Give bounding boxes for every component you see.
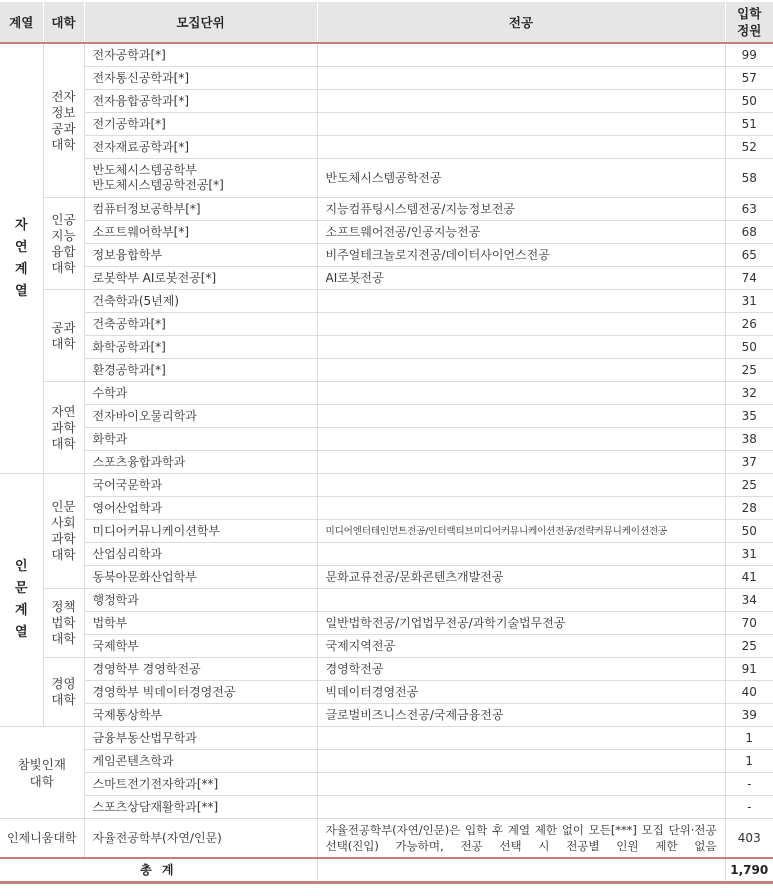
quota: 35 [725, 405, 773, 428]
label-line: 자연 [51, 404, 75, 419]
quota: 50 [725, 90, 773, 113]
major [317, 290, 725, 313]
table-row: 전자재료공학과[*]52 [0, 136, 773, 159]
quota: 57 [725, 67, 773, 90]
table-row: 정책법학대학행정학과34 [0, 589, 773, 612]
quota: 31 [725, 290, 773, 313]
major [317, 474, 725, 497]
major [317, 451, 725, 474]
recruit-unit: 국어국문학과 [84, 474, 317, 497]
gyeyeol-humanities: 인문계열 [0, 474, 43, 727]
major [317, 67, 725, 90]
table-row: 공과대학건축학과(5년제)31 [0, 290, 773, 313]
recruit-unit: 금융부동산법무학과 [84, 727, 317, 750]
label-line: 사회 [51, 515, 75, 530]
table-row: 전기공학과[*]51 [0, 113, 773, 136]
admission-quota-table: 계열 대학 모집단위 전공 입학정원 자연계열전자정보공과대학전자공학과[*]9… [0, 2, 773, 884]
label-line: 법학 [51, 615, 75, 630]
major [317, 750, 725, 773]
label-line: 공과 [51, 121, 75, 136]
major: 일반법학전공/기업법무전공/과학기술법무전공 [317, 612, 725, 635]
recruit-unit: 로봇학부 AI로봇전공[*] [84, 267, 317, 290]
label-line: 대학 [51, 436, 75, 451]
label-line: 과학 [51, 420, 75, 435]
college-c1: 전자정보공과대학 [43, 43, 84, 198]
college-ingenium: 인제니움대학 [0, 819, 84, 859]
recruit-unit: 화학과 [84, 428, 317, 451]
major: 글로벌비즈니스전공/국제금융전공 [317, 704, 725, 727]
major: AI로봇전공 [317, 267, 725, 290]
total-label: 총 계 [0, 858, 317, 883]
quota: 74 [725, 267, 773, 290]
recruit-unit: 경영학부 빅데이터경영전공 [84, 681, 317, 704]
major: 소프트웨어전공/인공지능전공 [317, 221, 725, 244]
label-line: 열 [15, 625, 28, 640]
label-line: 지능 [51, 228, 75, 243]
quota: 50 [725, 520, 773, 543]
table-row: 스포츠상담재활학과[**]- [0, 796, 773, 819]
table-row: 게임콘텐츠학과1 [0, 750, 773, 773]
table-row: 인문계열인문사회과학대학국어국문학과25 [0, 474, 773, 497]
recruit-unit: 산업심리학과 [84, 543, 317, 566]
major: 경영학전공 [317, 658, 725, 681]
recruit-unit: 스마트전기전자학과[**] [84, 773, 317, 796]
total-row: 총 계1,790 [0, 858, 773, 883]
major [317, 773, 725, 796]
recruit-unit: 동북아문화산업학부 [84, 566, 317, 589]
gyeyeol-natural: 자연계열 [0, 43, 43, 474]
college-chambit: 참빛인재대학 [0, 727, 84, 819]
recruit-unit: 수학과 [84, 382, 317, 405]
quota: 25 [725, 359, 773, 382]
college-c5: 인문사회과학대학 [43, 474, 84, 589]
quota: 32 [725, 382, 773, 405]
table-row: 동북아문화산업학부문화교류전공/문화콘텐츠개발전공41 [0, 566, 773, 589]
label-line: 대학 [51, 692, 75, 707]
quota: 31 [725, 543, 773, 566]
table-row: 건축공학과[*]26 [0, 313, 773, 336]
label-line: 경영 [51, 676, 75, 691]
unit-line: 반도체시스템공학부 [93, 163, 197, 177]
major [317, 543, 725, 566]
college-c2: 인공지능융합대학 [43, 198, 84, 290]
label-line: 계 [15, 603, 28, 618]
label-line: 인 [15, 559, 28, 574]
quota: 25 [725, 474, 773, 497]
recruit-unit: 화학공학과[*] [84, 336, 317, 359]
major: 지능컴퓨팅시스템전공/지능정보전공 [317, 198, 725, 221]
label-line: 정보 [51, 105, 75, 120]
recruit-unit: 반도체시스템공학부반도체시스템공학전공[*] [84, 159, 317, 198]
table-row: 경영대학경영학부 경영학전공경영학전공91 [0, 658, 773, 681]
table-row: 자연계열전자정보공과대학전자공학과[*]99 [0, 43, 773, 67]
table-row: 산업심리학과31 [0, 543, 773, 566]
major [317, 428, 725, 451]
label-line: 문 [15, 581, 28, 596]
table-row: 반도체시스템공학부반도체시스템공학전공[*]반도체시스템공학전공58 [0, 159, 773, 198]
label-line: 자 [15, 218, 28, 233]
label-line: 열 [15, 284, 28, 299]
major [317, 796, 725, 819]
header-jeongong: 전공 [317, 2, 725, 43]
major [317, 359, 725, 382]
recruit-unit: 컴퓨터정보공학부[*] [84, 198, 317, 221]
table-row: 인제니움대학자율전공학부(자연/인문)자율전공학부(자연/인문)은 입학 후 계… [0, 819, 773, 859]
recruit-unit: 법학부 [84, 612, 317, 635]
table-row: 정보융합학부비주얼테크놀로지전공/데이터사이언스전공65 [0, 244, 773, 267]
recruit-unit: 환경공학과[*] [84, 359, 317, 382]
quota: 99 [725, 43, 773, 67]
table-row: 스포츠융합과학과37 [0, 451, 773, 474]
recruit-unit: 행정학과 [84, 589, 317, 612]
quota: 40 [725, 681, 773, 704]
header-quota: 입학정원 [725, 2, 773, 43]
quota: 52 [725, 136, 773, 159]
unit-line: 반도체시스템공학전공[*] [93, 178, 224, 192]
quota: 70 [725, 612, 773, 635]
label-line: 공과 [51, 320, 75, 335]
recruit-unit: 국제학부 [84, 635, 317, 658]
table-row: 화학과38 [0, 428, 773, 451]
major: 국제지역전공 [317, 635, 725, 658]
recruit-unit: 영어산업학과 [84, 497, 317, 520]
recruit-unit: 소프트웨어학부[*] [84, 221, 317, 244]
label-line: 융합 [51, 244, 75, 259]
major [317, 589, 725, 612]
major: 문화교류전공/문화콘텐츠개발전공 [317, 566, 725, 589]
label-line: 대학 [51, 137, 75, 152]
quota: 91 [725, 658, 773, 681]
table-row: 경영학부 빅데이터경영전공빅데이터경영전공40 [0, 681, 773, 704]
recruit-unit: 전기공학과[*] [84, 113, 317, 136]
recruit-unit: 스포츠융합과학과 [84, 451, 317, 474]
table-row: 영어산업학과28 [0, 497, 773, 520]
label-line: 대학 [51, 631, 75, 646]
quota: 63 [725, 198, 773, 221]
table-row: 전자바이오물리학과35 [0, 405, 773, 428]
header-daehak: 대학 [43, 2, 84, 43]
college-c6: 정책법학대학 [43, 589, 84, 658]
table-row: 자연과학대학수학과32 [0, 382, 773, 405]
label-line: 참빛인재 [18, 757, 66, 772]
quota: 65 [725, 244, 773, 267]
table-row: 인공지능융합대학컴퓨터정보공학부[*]지능컴퓨팅시스템전공/지능정보전공63 [0, 198, 773, 221]
table-row: 소프트웨어학부[*]소프트웨어전공/인공지능전공68 [0, 221, 773, 244]
header-gyeyeol: 계열 [0, 2, 43, 43]
major [317, 113, 725, 136]
recruit-unit: 국제통상학부 [84, 704, 317, 727]
table-row: 스마트전기전자학과[**]- [0, 773, 773, 796]
header-mojip: 모집단위 [84, 2, 317, 43]
header-row: 계열 대학 모집단위 전공 입학정원 [0, 2, 773, 43]
label-line: 전자 [51, 89, 75, 104]
total-blank [317, 858, 725, 883]
table-row: 미디어커뮤니케이션학부미디어엔터테인먼트전공/인터랙티브미디어커뮤니케이션전공/… [0, 520, 773, 543]
label-line: 인문 [51, 499, 75, 514]
recruit-unit: 경영학부 경영학전공 [84, 658, 317, 681]
quota: 34 [725, 589, 773, 612]
total-quota: 1,790 [725, 858, 773, 883]
recruit-unit: 스포츠상담재활학과[**] [84, 796, 317, 819]
quota: 68 [725, 221, 773, 244]
major [317, 336, 725, 359]
recruit-unit: 전자통신공학과[*] [84, 67, 317, 90]
recruit-unit: 전자융합공학과[*] [84, 90, 317, 113]
table-row: 국제학부국제지역전공25 [0, 635, 773, 658]
label-line: 계 [15, 262, 28, 277]
quota: 37 [725, 451, 773, 474]
major [317, 313, 725, 336]
major: 자율전공학부(자연/인문)은 입학 후 계열 제한 없이 모든[***] 모집 … [317, 819, 725, 859]
quota: 28 [725, 497, 773, 520]
major [317, 382, 725, 405]
quota: 26 [725, 313, 773, 336]
table-row: 화학공학과[*]50 [0, 336, 773, 359]
recruit-unit: 전자재료공학과[*] [84, 136, 317, 159]
college-c7: 경영대학 [43, 658, 84, 727]
label-line: 인공 [51, 212, 75, 227]
label-line: 연 [15, 240, 28, 255]
quota: 58 [725, 159, 773, 198]
label-line: 대학 [51, 260, 75, 275]
major [317, 136, 725, 159]
recruit-unit: 전자공학과[*] [84, 43, 317, 67]
quota: 38 [725, 428, 773, 451]
major [317, 90, 725, 113]
major [317, 497, 725, 520]
quota: 51 [725, 113, 773, 136]
quota: 25 [725, 635, 773, 658]
recruit-unit: 건축공학과[*] [84, 313, 317, 336]
major [317, 405, 725, 428]
table-row: 환경공학과[*]25 [0, 359, 773, 382]
major [317, 727, 725, 750]
recruit-unit: 게임콘텐츠학과 [84, 750, 317, 773]
recruit-unit: 건축학과(5년제) [84, 290, 317, 313]
recruit-unit: 정보융합학부 [84, 244, 317, 267]
college-c4: 자연과학대학 [43, 382, 84, 474]
quota: 39 [725, 704, 773, 727]
quota: - [725, 796, 773, 819]
label-line: 대학 [51, 547, 75, 562]
recruit-unit: 전자바이오물리학과 [84, 405, 317, 428]
quota: - [725, 773, 773, 796]
quota: 1 [725, 727, 773, 750]
table-row: 전자융합공학과[*]50 [0, 90, 773, 113]
quota: 1 [725, 750, 773, 773]
label-line: 대학 [51, 336, 75, 351]
college-c3: 공과대학 [43, 290, 84, 382]
table-row: 법학부일반법학전공/기업법무전공/과학기술법무전공70 [0, 612, 773, 635]
major: 미디어엔터테인먼트전공/인터랙티브미디어커뮤니케이션전공/전략커뮤니케이션전공 [317, 520, 725, 543]
major: 반도체시스템공학전공 [317, 159, 725, 198]
label-line: 정책 [51, 599, 75, 614]
table-row: 참빛인재대학금융부동산법무학과1 [0, 727, 773, 750]
label-line: 과학 [51, 531, 75, 546]
quota: 403 [725, 819, 773, 859]
label-line: 대학 [30, 774, 54, 789]
table-row: 전자통신공학과[*]57 [0, 67, 773, 90]
recruit-unit: 자율전공학부(자연/인문) [84, 819, 317, 859]
recruit-unit: 미디어커뮤니케이션학부 [84, 520, 317, 543]
table-row: 로봇학부 AI로봇전공[*]AI로봇전공74 [0, 267, 773, 290]
quota: 41 [725, 566, 773, 589]
major: 비주얼테크놀로지전공/데이터사이언스전공 [317, 244, 725, 267]
table-row: 국제통상학부글로벌비즈니스전공/국제금융전공39 [0, 704, 773, 727]
quota: 50 [725, 336, 773, 359]
major [317, 43, 725, 67]
major: 빅데이터경영전공 [317, 681, 725, 704]
